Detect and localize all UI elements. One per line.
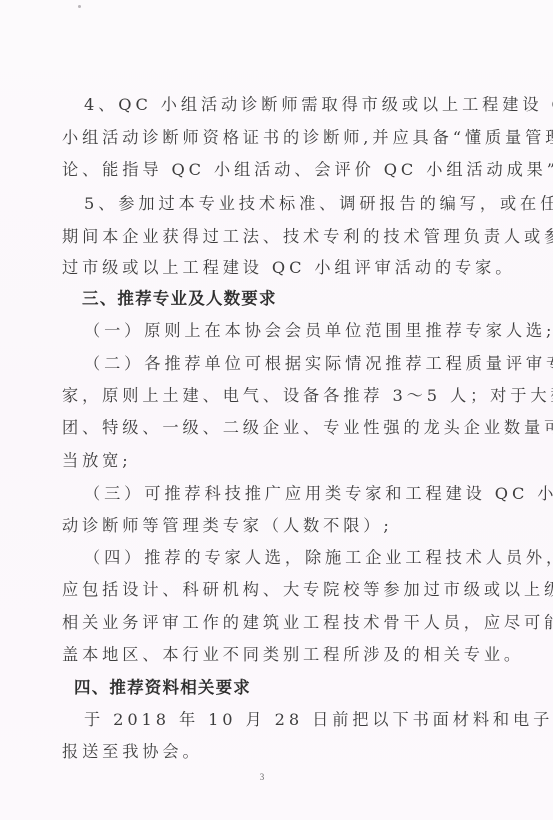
page-number: 3 (256, 772, 268, 782)
clause-2-line-1: （二）各推荐单位可根据实际情况推荐工程质量评审专 (84, 353, 486, 375)
document-page: 4、QC 小组活动诊断师需取得市级或以上工程建设 QC 小组活动诊断师资格证书的… (0, 0, 553, 820)
item-4-line-1: 4、QC 小组活动诊断师需取得市级或以上工程建设 QC (84, 94, 486, 116)
submission-line-2: 报送至我协会。 (62, 741, 486, 763)
item-4-line-2: 小组活动诊断师资格证书的诊断师,并应具备“懂质量管理理 (62, 127, 486, 149)
item-5-line-3: 过市级或以上工程建设 QC 小组评审活动的专家。 (62, 257, 486, 279)
section-4-heading: 四、推荐资料相关要求 (74, 677, 251, 699)
clause-4-line-1: （四）推荐的专家人选，除施工企业工程技术人员外，还 (84, 547, 486, 569)
item-5-line-2: 期间本企业获得过工法、技术专利的技术管理负责人或参加 (62, 226, 486, 248)
clause-4-line-3: 相关业务评审工作的建筑业工程技术骨干人员，应尽可能涵 (62, 612, 486, 634)
item-5-line-1: 5、参加过本专业技术标准、调研报告的编写，或在任职 (84, 193, 486, 215)
clause-2-line-3: 团、特级、一级、二级企业、专业性强的龙头企业数量可适 (62, 417, 486, 439)
clause-2-line-4: 当放宽; (62, 450, 486, 472)
clause-4-line-2: 应包括设计、科研机构、大专院校等参加过市级或以上级别 (62, 579, 486, 601)
item-4-line-3: 论、能指导 QC 小组活动、会评价 QC 小组活动成果”; (62, 159, 486, 181)
submission-line-1: 于 2018 年 10 月 28 日前把以下书面材料和电子文档一并 (84, 709, 486, 731)
clause-3-line-1: （三）可推荐科技推广应用类专家和工程建设 QC 小组活 (84, 483, 486, 505)
clause-2-line-2: 家，原则上土建、电气、设备各推荐 3～5 人；对于大型集 (62, 385, 486, 407)
clause-4-line-4: 盖本地区、本行业不同类别工程所涉及的相关专业。 (62, 644, 486, 666)
clause-1-line-1: （一）原则上在本协会会员单位范围里推荐专家人选; (84, 320, 486, 342)
clause-3-line-2: 动诊断师等管理类专家（人数不限）; (62, 515, 486, 537)
scan-speck (78, 5, 81, 8)
section-3-heading: 三、推荐专业及人数要求 (82, 288, 277, 310)
